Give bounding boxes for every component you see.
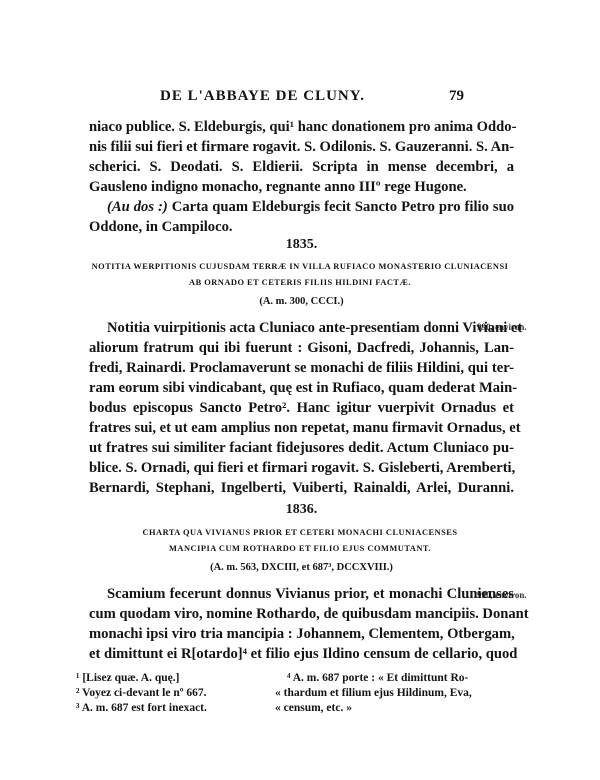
- charter-number: 1836.: [89, 502, 514, 518]
- charter-title: CHARTA QUA VIVIANUS PRIOR ET CETERI MONA…: [70, 528, 530, 537]
- text-line: bodus episcopus Sancto Petro². Hanc igit…: [89, 398, 514, 418]
- footnote: ¹ [Lisez quæ. A. quę.]: [76, 671, 276, 686]
- text-line: Bernardi, Stephani, Ingelberti, Vuiberti…: [89, 478, 514, 498]
- text-line: ram eorum sibi vindicabant, quę est in R…: [89, 378, 514, 398]
- endorsement-line: (Au dos :) Carta quam Eldeburgis fecit S…: [89, 197, 514, 217]
- text-line: Scamium fecerunt donnus Vivianus prior, …: [89, 584, 514, 604]
- footnote: « thardum et filium ejus Hildinum, Eva,: [275, 686, 515, 701]
- text-line: fratres sui, et ut eam amplius non repet…: [89, 418, 514, 438]
- charter-reference: (A. m. 300, CCCI.): [89, 296, 514, 307]
- charter-text: Scamium fecerunt donnus Vivianus prior, …: [89, 584, 514, 664]
- text-line: monachi ipsi viro tria mancipia : Johann…: [89, 624, 514, 644]
- footnotes-left: ¹ [Lisez quæ. A. quę.] ² Voyez ci-devant…: [76, 671, 276, 716]
- footnote: ³ A. m. 687 est fort inexact.: [76, 701, 276, 716]
- text-line: aliorum fratrum qui ibi fuerunt : Gisoni…: [89, 338, 514, 358]
- text-line: ut fratres sui similiter faciant fidejus…: [89, 438, 514, 458]
- charter-text: Notitia vuirpitionis acta Cluniaco ante-…: [89, 318, 514, 498]
- endorsement-label: (Au dos :): [107, 199, 168, 215]
- footnote: « censum, etc. »: [275, 701, 515, 716]
- footnote: ⁴ A. m. 687 porte : « Et dimittunt Ro-: [275, 671, 515, 686]
- text-line: niaco publice. S. Eldeburgis, qui¹ hanc …: [89, 117, 514, 137]
- text-line: nis filii sui fieri et firmare rogavit. …: [89, 137, 514, 157]
- running-header: DE L'ABBAYE DE CLUNY. 79: [0, 88, 600, 110]
- text-line: Oddone, in Campiloco.: [89, 217, 514, 237]
- footnotes-right: ⁴ A. m. 687 porte : « Et dimittunt Ro- «…: [275, 671, 515, 716]
- running-title: DE L'ABBAYE DE CLUNY.: [160, 88, 365, 105]
- page-number: 79: [449, 88, 464, 105]
- text-line: scherici. S. Deodati. S. Eldierii. Scrip…: [89, 157, 514, 177]
- charter-title: NOTITIA WERPITIONIS CUJUSDAM TERRÆ IN VI…: [70, 262, 530, 271]
- text-line: cum quodam viro, nomine Rothardo, de qui…: [89, 604, 514, 624]
- text-line: Gausleno indigno monacho, regnante anno …: [89, 177, 514, 197]
- continuation-text: niaco publice. S. Eldeburgis, qui¹ hanc …: [89, 117, 514, 237]
- charter-number: 1835.: [89, 237, 514, 253]
- footnote: ² Voyez ci-devant le nº 667.: [76, 686, 276, 701]
- charter-reference: (A. m. 563, DXCIII, et 687³, DCCXVIII.): [89, 562, 514, 573]
- charter-title: AB ORNADO ET CETERIS FILIIS HILDINI FACT…: [70, 278, 530, 287]
- charter-title: MANCIPIA CUM ROTHARDO ET FILIO EJUS COMM…: [70, 544, 530, 553]
- text-line: blice. S. Ornadi, qui fieri et firmari r…: [89, 458, 514, 478]
- text-line: Notitia vuirpitionis acta Cluniaco ante-…: [89, 318, 514, 338]
- text-line: fredi, Rainardi. Proclamaverunt se monac…: [89, 358, 514, 378]
- text-line: et dimittunt ei R[otardo]⁴ et filio ejus…: [89, 644, 514, 664]
